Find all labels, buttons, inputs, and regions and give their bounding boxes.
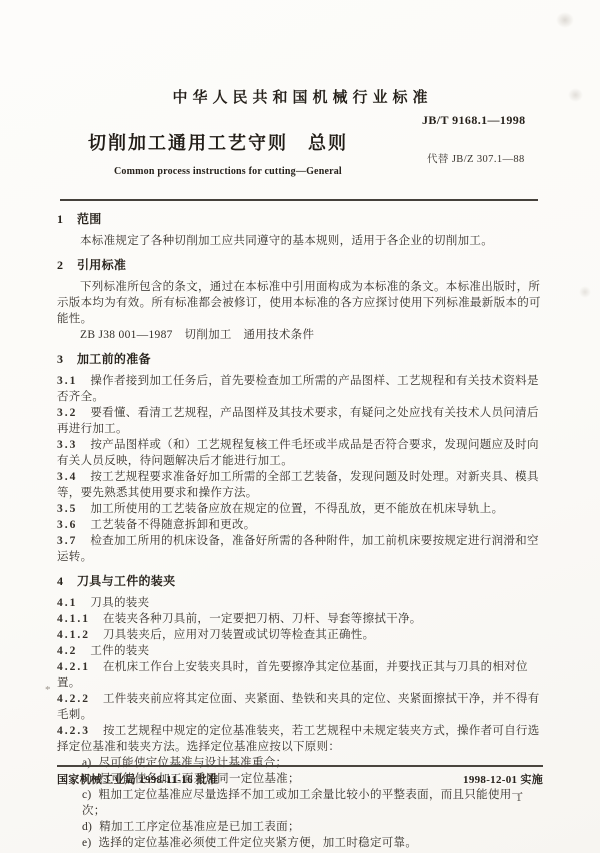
document-page: 中华人民共和国机械行业标准 JB/T 9168.1—1998 切削加工通用工艺守… — [0, 0, 600, 853]
document-title-cn: 切削加工通用工艺守则 总则 — [88, 129, 348, 155]
principle-label: c) — [82, 789, 92, 801]
clause-number: 4.1.2 — [57, 629, 90, 641]
principle-text: 精加工工序定位基准应是已加工表面； — [99, 821, 300, 833]
clause-3-2: 3.2要看懂、看清工艺规程，产品图样及其技术要求，有疑问之处应找有关技术人员问清… — [57, 405, 543, 437]
clause-number: 3.5 — [57, 503, 77, 515]
clause-text: 工艺装备不得随意拆卸和更改。 — [90, 519, 255, 531]
clause-text: 工件的装夹 — [90, 645, 149, 657]
section-number: 3 — [57, 352, 64, 366]
principle-label: d) — [82, 821, 92, 833]
clause-4-1: 4.1刀具的装夹 — [57, 595, 543, 611]
principle-label: a) — [82, 757, 92, 769]
section-number: 4 — [57, 574, 64, 588]
principle-text: 尽可能使定位基准与设计基准重合； — [99, 757, 288, 769]
clause-3-3: 3.3按产品图样或（和）工艺规程复核工件毛坯或半成品是否符合要求，发现问题应及时… — [57, 437, 543, 469]
scan-smudge — [556, 12, 574, 28]
clause-number: 3.7 — [57, 535, 77, 547]
clause-4-2: 4.2工件的装夹 — [57, 643, 543, 659]
footer-rule — [57, 765, 543, 767]
clause-number: 4.2.1 — [57, 661, 90, 673]
principle-text: 粗加工定位基准应尽量选择不加工或加工余量比较小的平整表面，而且只能使用一次； — [82, 789, 523, 817]
clause-4-2-3: 4.2.3按工艺规程中规定的定位基准装夹，若工艺规程中未规定装夹方式，操作者可自… — [57, 723, 543, 755]
clause-number: 4.2 — [57, 645, 77, 657]
clause-text: 检查加工所用的机床设备，准备好所需的各种附件，加工前机床要按规定进行润滑和空运转… — [57, 535, 539, 563]
clause-3-4: 3.4按工艺规程要求准备好加工所需的全部工艺装备，发现问题及时处理。对新夹具、模… — [57, 469, 543, 501]
clause-text: 按工艺规程要求准备好加工所需的全部工艺装备，发现问题及时处理。对新夹具、模具等，… — [57, 471, 539, 499]
principle-item-e: e)选择的定位基准必须使工件定位夹紧方便，加工时稳定可靠。 — [57, 835, 543, 851]
clause-text: 要看懂、看清工艺规程，产品图样及其技术要求，有疑问之处应找有关技术人员问清后再进… — [57, 407, 539, 435]
clause-number: 4.2.3 — [57, 725, 90, 737]
clause-3-5: 3.5加工所使用的工艺装备应放在规定的位置，不得乱放，更不能放在机床导轨上。 — [57, 501, 543, 517]
section-number: 1 — [57, 212, 64, 226]
clause-text: 操作者接到加工任务后，首先要检查加工所需的产品图样、工艺规程和有关技术资料是否齐… — [57, 375, 539, 403]
clause-text: 加工所使用的工艺装备应放在规定的位置，不得乱放，更不能放在机床导轨上。 — [90, 503, 503, 515]
scan-smudge — [579, 286, 591, 298]
stray-mark: * — [45, 684, 51, 696]
section-4-heading: 4刀具与工件的装夹 — [57, 573, 543, 589]
principle-item-d: d)精加工工序定位基准应是已加工表面； — [57, 819, 543, 835]
clause-text: 按工艺规程中规定的定位基准装夹，若工艺规程中未规定装夹方式，操作者可自行选择定位… — [57, 725, 540, 753]
clause-text: 刀具的装夹 — [90, 597, 149, 609]
clause-number: 3.1 — [57, 375, 77, 387]
clause-number: 3.2 — [57, 407, 77, 419]
clause-4-2-1: 4.2.1在机床工作台上安装夹具时，首先要擦净其定位基面，并要找正其与刀具的相对… — [57, 659, 543, 691]
clause-number: 3.3 — [57, 439, 77, 451]
clause-number: 3.6 — [57, 519, 77, 531]
implementation-note: 1998-12-01 实施 — [463, 771, 543, 787]
principle-label: e) — [82, 837, 92, 849]
referenced-standard: ZB J38 001—1987 切削加工 通用技术条件 — [57, 327, 543, 343]
document-title-en: Common process instructions for cutting—… — [114, 166, 342, 177]
clause-3-7: 3.7检查加工所用的机床设备，准备好所需的各种附件，加工前机床要按规定进行润滑和… — [57, 533, 543, 565]
section-title: 加工前的准备 — [77, 352, 151, 366]
header-rule — [60, 199, 538, 201]
clause-text: 在机床工作台上安装夹具时，首先要擦净其定位基面，并要找正其与刀具的相对位置。 — [57, 661, 528, 689]
clause-number: 4.1 — [57, 597, 77, 609]
clause-4-1-2: 4.1.2刀具装夹后，应用对刀装置或试切等检查其正确性。 — [57, 627, 543, 643]
principle-item-a: a)尽可能使定位基准与设计基准重合； — [57, 755, 543, 771]
clause-text: 在装夹各种刀具前，一定要把刀柄、刀杆、导套等擦拭干净。 — [103, 613, 422, 625]
clause-4-1-1: 4.1.1在装夹各种刀具前，一定要把刀柄、刀杆、导套等擦拭干净。 — [57, 611, 543, 627]
section-title: 刀具与工件的装夹 — [77, 574, 175, 588]
clause-text: 按产品图样或（和）工艺规程复核工件毛坯或半成品是否符合要求，发现问题应及时向有关… — [57, 439, 539, 467]
section-1-paragraph: 本标准规定了各种切削加工应共同遵守的基本规则，适用于各企业的切削加工。 — [57, 233, 543, 249]
footer: 国家机械工业局 1998-11-16 批准 1998-12-01 实施 — [57, 771, 543, 787]
section-number: 2 — [57, 258, 64, 272]
section-3-heading: 3加工前的准备 — [57, 351, 543, 367]
document-body: 1范围 本标准规定了各种切削加工应共同遵守的基本规则，适用于各企业的切削加工。 … — [57, 209, 543, 851]
clause-number: 4.1.1 — [57, 613, 90, 625]
approval-note: 国家机械工业局 1998-11-16 批准 — [57, 771, 219, 787]
standard-class-label: 中华人民共和国机械行业标准 — [0, 86, 600, 107]
section-1-heading: 1范围 — [57, 211, 543, 227]
clause-text: 刀具装夹后，应用对刀装置或试切等检查其正确性。 — [103, 629, 374, 641]
clause-3-6: 3.6工艺装备不得随意拆卸和更改。 — [57, 517, 543, 533]
principle-text: 选择的定位基准必须使工件定位夹紧方便，加工时稳定可靠。 — [99, 837, 418, 849]
section-title: 范围 — [77, 212, 102, 226]
page-number: 1 — [516, 792, 522, 804]
superseded-standard: 代替 JB/Z 307.1—88 — [427, 151, 525, 166]
principle-item-c: c)粗加工定位基准应尽量选择不加工或加工余量比较小的平整表面，而且只能使用一次； — [57, 787, 543, 819]
section-title: 引用标准 — [77, 258, 126, 272]
clause-number: 3.4 — [57, 471, 77, 483]
clause-text: 工件装夹前应将其定位面、夹紧面、垫铁和夹具的定位、夹紧面擦拭干净，并不得有毛刺。 — [57, 693, 540, 721]
clause-3-1: 3.1操作者接到加工任务后，首先要检查加工所需的产品图样、工艺规程和有关技术资料… — [57, 373, 543, 405]
standard-number: JB/T 9168.1—1998 — [422, 113, 526, 128]
section-2-heading: 2引用标准 — [57, 257, 543, 273]
clause-number: 4.2.2 — [57, 693, 90, 705]
clause-4-2-2: 4.2.2工件装夹前应将其定位面、夹紧面、垫铁和夹具的定位、夹紧面擦拭干净，并不… — [57, 691, 543, 723]
section-2-paragraph: 下列标准所包含的条文，通过在本标准中引用面构成为本标准的条文。本标准出版时，所示… — [57, 279, 543, 327]
